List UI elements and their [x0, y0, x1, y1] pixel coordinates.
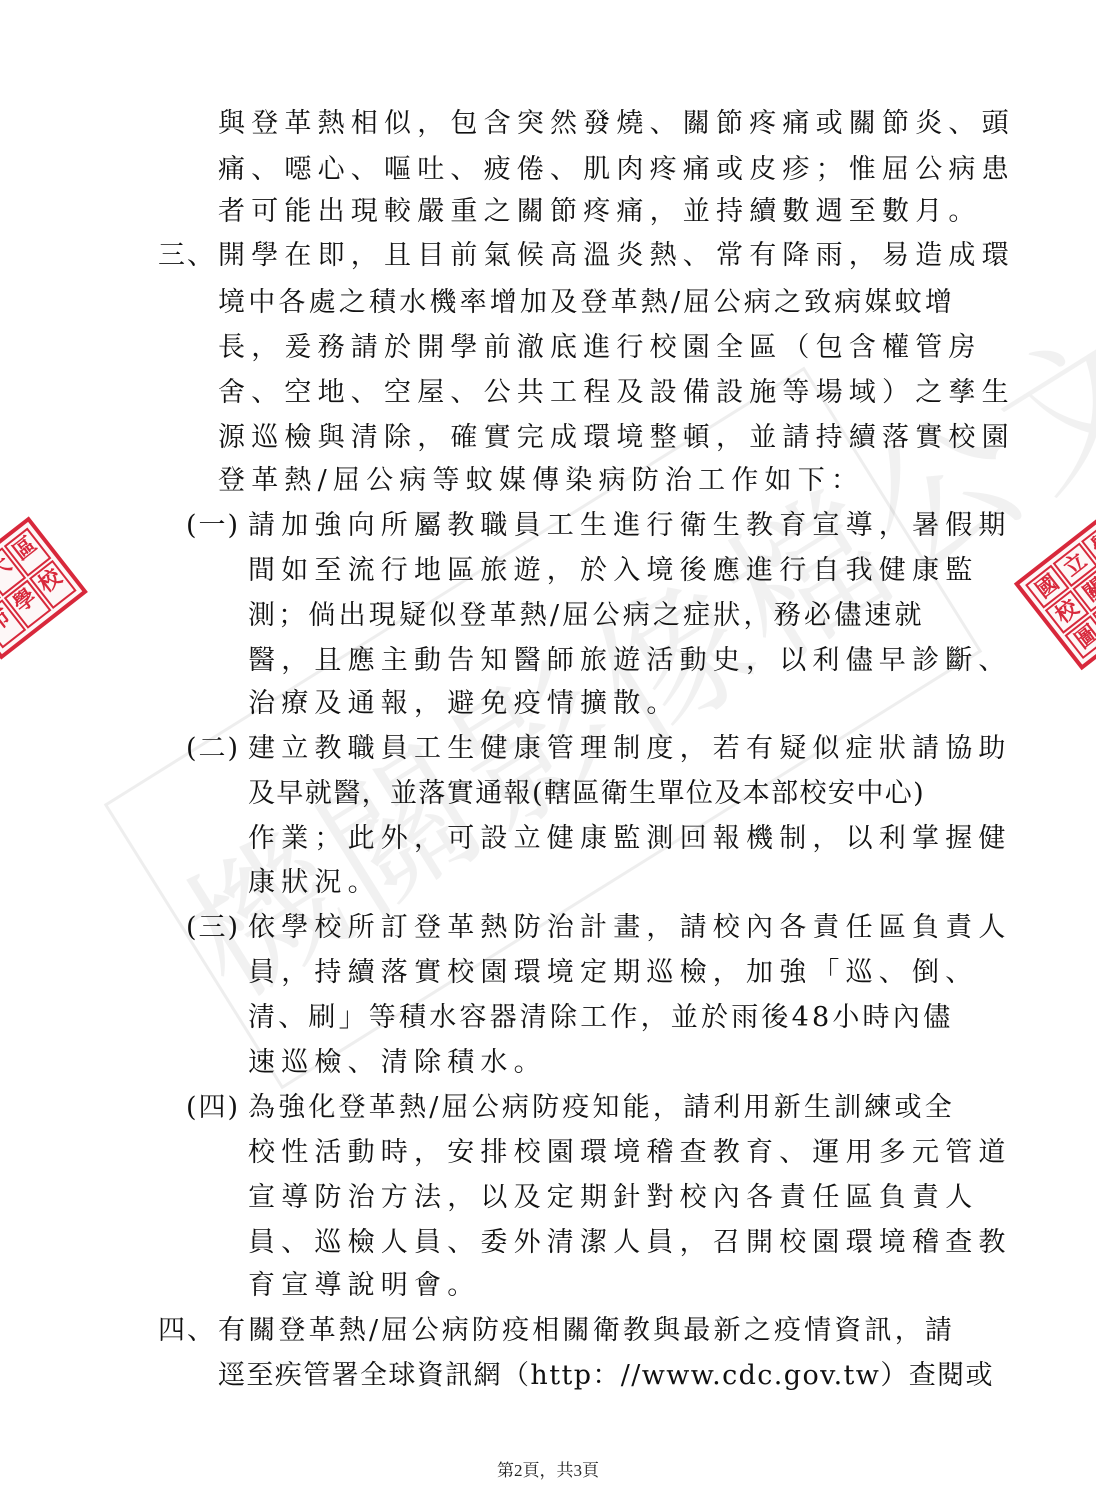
paragraph-line: 校性活動時，安排校園環境稽查教育、運用多元管道: [248, 1130, 1012, 1176]
paragraph-line: 清、刷」等積水容器清除工作，並於雨後48小時內儘: [248, 995, 953, 1041]
paragraph-line: 登革熱/屈公病等蚊媒傳染病防治工作如下：: [218, 458, 864, 504]
paragraph-line: 依學校所訂登革熱防治計畫，請校內各責任區負責人: [248, 905, 1012, 951]
item-marker-2: (二): [186, 726, 240, 772]
page-number: 第2頁，共3頁: [0, 1456, 1096, 1481]
paragraph-line: 員，持續落實校園環境定期巡檢，加強「巡、倒、: [248, 950, 978, 996]
paragraph-line: 間如至流行地區旅遊，於入境後應進行自我健康監: [248, 548, 978, 594]
paragraph-line: 育宣導說明會。: [248, 1263, 480, 1309]
paragraph-line: 舍、空地、空屋、公共工程及設備設施等場域）之孳生: [218, 370, 1015, 416]
paragraph-line: 有關登革熱/屈公病防疫相關衛教與最新之疫情資訊，請: [218, 1308, 955, 1354]
section-marker-3: 三、: [158, 233, 216, 279]
item-marker-1: (一): [186, 503, 240, 549]
paragraph-line: 宣導防治方法，以及定期針對校內各責任區負責人: [248, 1175, 978, 1221]
paragraph-line: 源巡檢與清除，確實完成環境整頓，並請持續落實校園: [218, 415, 1015, 461]
paragraph-line: 痛、噁心、嘔吐、疲倦、肌肉疼痛或皮疹；惟屈公病患: [218, 147, 1015, 193]
paragraph-line: 請加強向所屬教職員工生進行衛生教育宣導，暑假期: [248, 503, 1012, 549]
paragraph-line: 員、巡檢人員、委外清潔人員，召開校園環境稽查教: [248, 1220, 1012, 1266]
paragraph-line: 者可能出現較嚴重之關節疼痛，並持續數週至數月。: [218, 189, 982, 235]
paragraph-line: 建立教職員工生健康管理制度，若有疑似症狀請協助: [248, 726, 1012, 772]
paragraph-line: 治療及通報，避免疫情擴散。: [248, 681, 680, 727]
red-seal-right: 國 立 學 校 關 防 圖 書 記: [1014, 510, 1096, 671]
paragraph-line: 長，爰務請於開學前澈底進行校園全區（包含權管房: [218, 325, 982, 371]
paragraph-line: 及早就醫，並落實通報(轄區衛生單位及本部校安中心): [248, 771, 925, 817]
paragraph-line: 境中各處之積水機率增加及登革熱/屈公病之致病媒蚊增: [218, 280, 955, 326]
item-marker-4: (四): [186, 1085, 240, 1131]
paragraph-line: 為強化登革熱/屈公病防疫知能，請利用新生訓練或全: [248, 1085, 955, 1131]
section-marker-4: 四、: [158, 1308, 216, 1354]
paragraph-line: 速巡檢、清除積水。: [248, 1040, 547, 1086]
document-page: 機關影像檔公文 東 大 區 市 學 校 國 立 學 校 關 防 圖 書 記 與登…: [0, 0, 1096, 1494]
paragraph-line: 測；倘出現疑似登革熱/屈公病之症狀，務必儘速就: [248, 593, 925, 639]
paragraph-line: 作業；此外，可設立健康監測回報機制，以利掌握健: [248, 816, 1012, 862]
paragraph-line: 與登革熱相似，包含突然發燒、關節疼痛或關節炎、頭: [218, 101, 1015, 147]
paragraph-line: 逕至疾管署全球資訊網（http：//www.cdc.gov.tw）查閱或: [218, 1353, 994, 1399]
paragraph-line: 醫，且應主動告知醫師旅遊活動史，以利儘早診斷、: [248, 638, 1012, 684]
paragraph-line: 開學在即，且目前氣候高溫炎熱、常有降雨，易造成環: [218, 233, 1015, 279]
item-marker-3: (三): [186, 905, 240, 951]
paragraph-line: 康狀況。: [248, 860, 381, 906]
red-seal-left: 東 大 區 市 學 校: [0, 516, 88, 659]
